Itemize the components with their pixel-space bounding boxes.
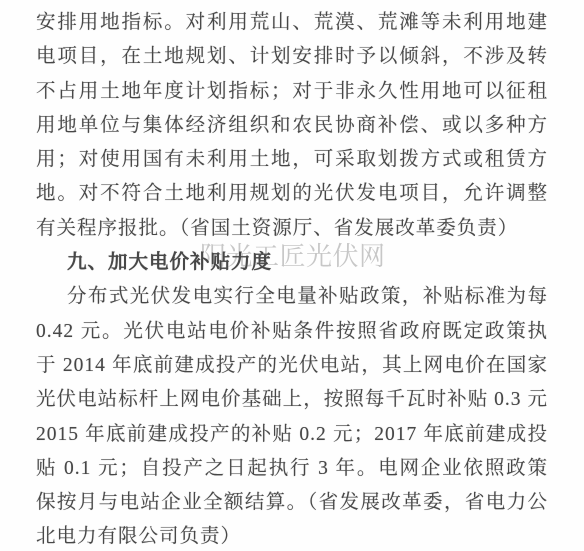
text-line: 贴 0.1 元；自投产之日起执行 3 年。电网企业依照政策要求，确 bbox=[36, 452, 548, 486]
text-line: 地。对不符合土地利用规划的光伏发电项目，允许调整规划，按 bbox=[36, 177, 548, 211]
text-line: 2015 年底前建成投产的补贴 0.2 元；2017 年底前建成投产的补 bbox=[36, 418, 548, 452]
text-line: 用地单位与集体经济组织和农民协商补偿、或以多种方式有偿使 bbox=[36, 109, 548, 143]
scanned-document-page: 安排用地指标。对利用荒山、荒漠、荒滩等未利用地建设光伏发电项目，在土地规划、计划… bbox=[0, 0, 584, 551]
text-line: 保按月与电站企业全额结算。（省发展改革委，省电力公司、冀 bbox=[36, 486, 548, 520]
text-line: 0.42 元。光伏电站电价补贴条件按照省政府既定政策执行，对 bbox=[36, 315, 548, 349]
text-line: 不占用土地年度计划指标；对于非永久性用地可以征租结合，由 bbox=[36, 75, 548, 109]
text-line: 安排用地指标。对利用荒山、荒漠、荒滩等未利用地建设光伏发 bbox=[36, 6, 548, 40]
document-body: 安排用地指标。对利用荒山、荒漠、荒滩等未利用地建设光伏发电项目，在土地规划、计划… bbox=[36, 6, 548, 551]
text-line: 北电力有限公司负责） bbox=[36, 520, 548, 551]
watermark-text: 阳光工匠光伏网 bbox=[200, 236, 386, 273]
text-line: 用；对使用国有未利用土地，可采取划拨方式或租赁方式提供用 bbox=[36, 143, 548, 177]
text-line: 于 2014 年底前建成投产的光伏电站，其上网电价在国家确定的 bbox=[36, 349, 548, 383]
text-line: 光伏电站标杆上网电价基础上，按照每千瓦时补贴 0.3 元执行； bbox=[36, 383, 548, 417]
text-line: 分布式光伏发电实行全电量补贴政策，补贴标准为每千瓦时 bbox=[36, 280, 548, 314]
text-line: 电项目，在土地规划、计划安排时予以倾斜，不涉及转用的，可 bbox=[36, 40, 548, 74]
